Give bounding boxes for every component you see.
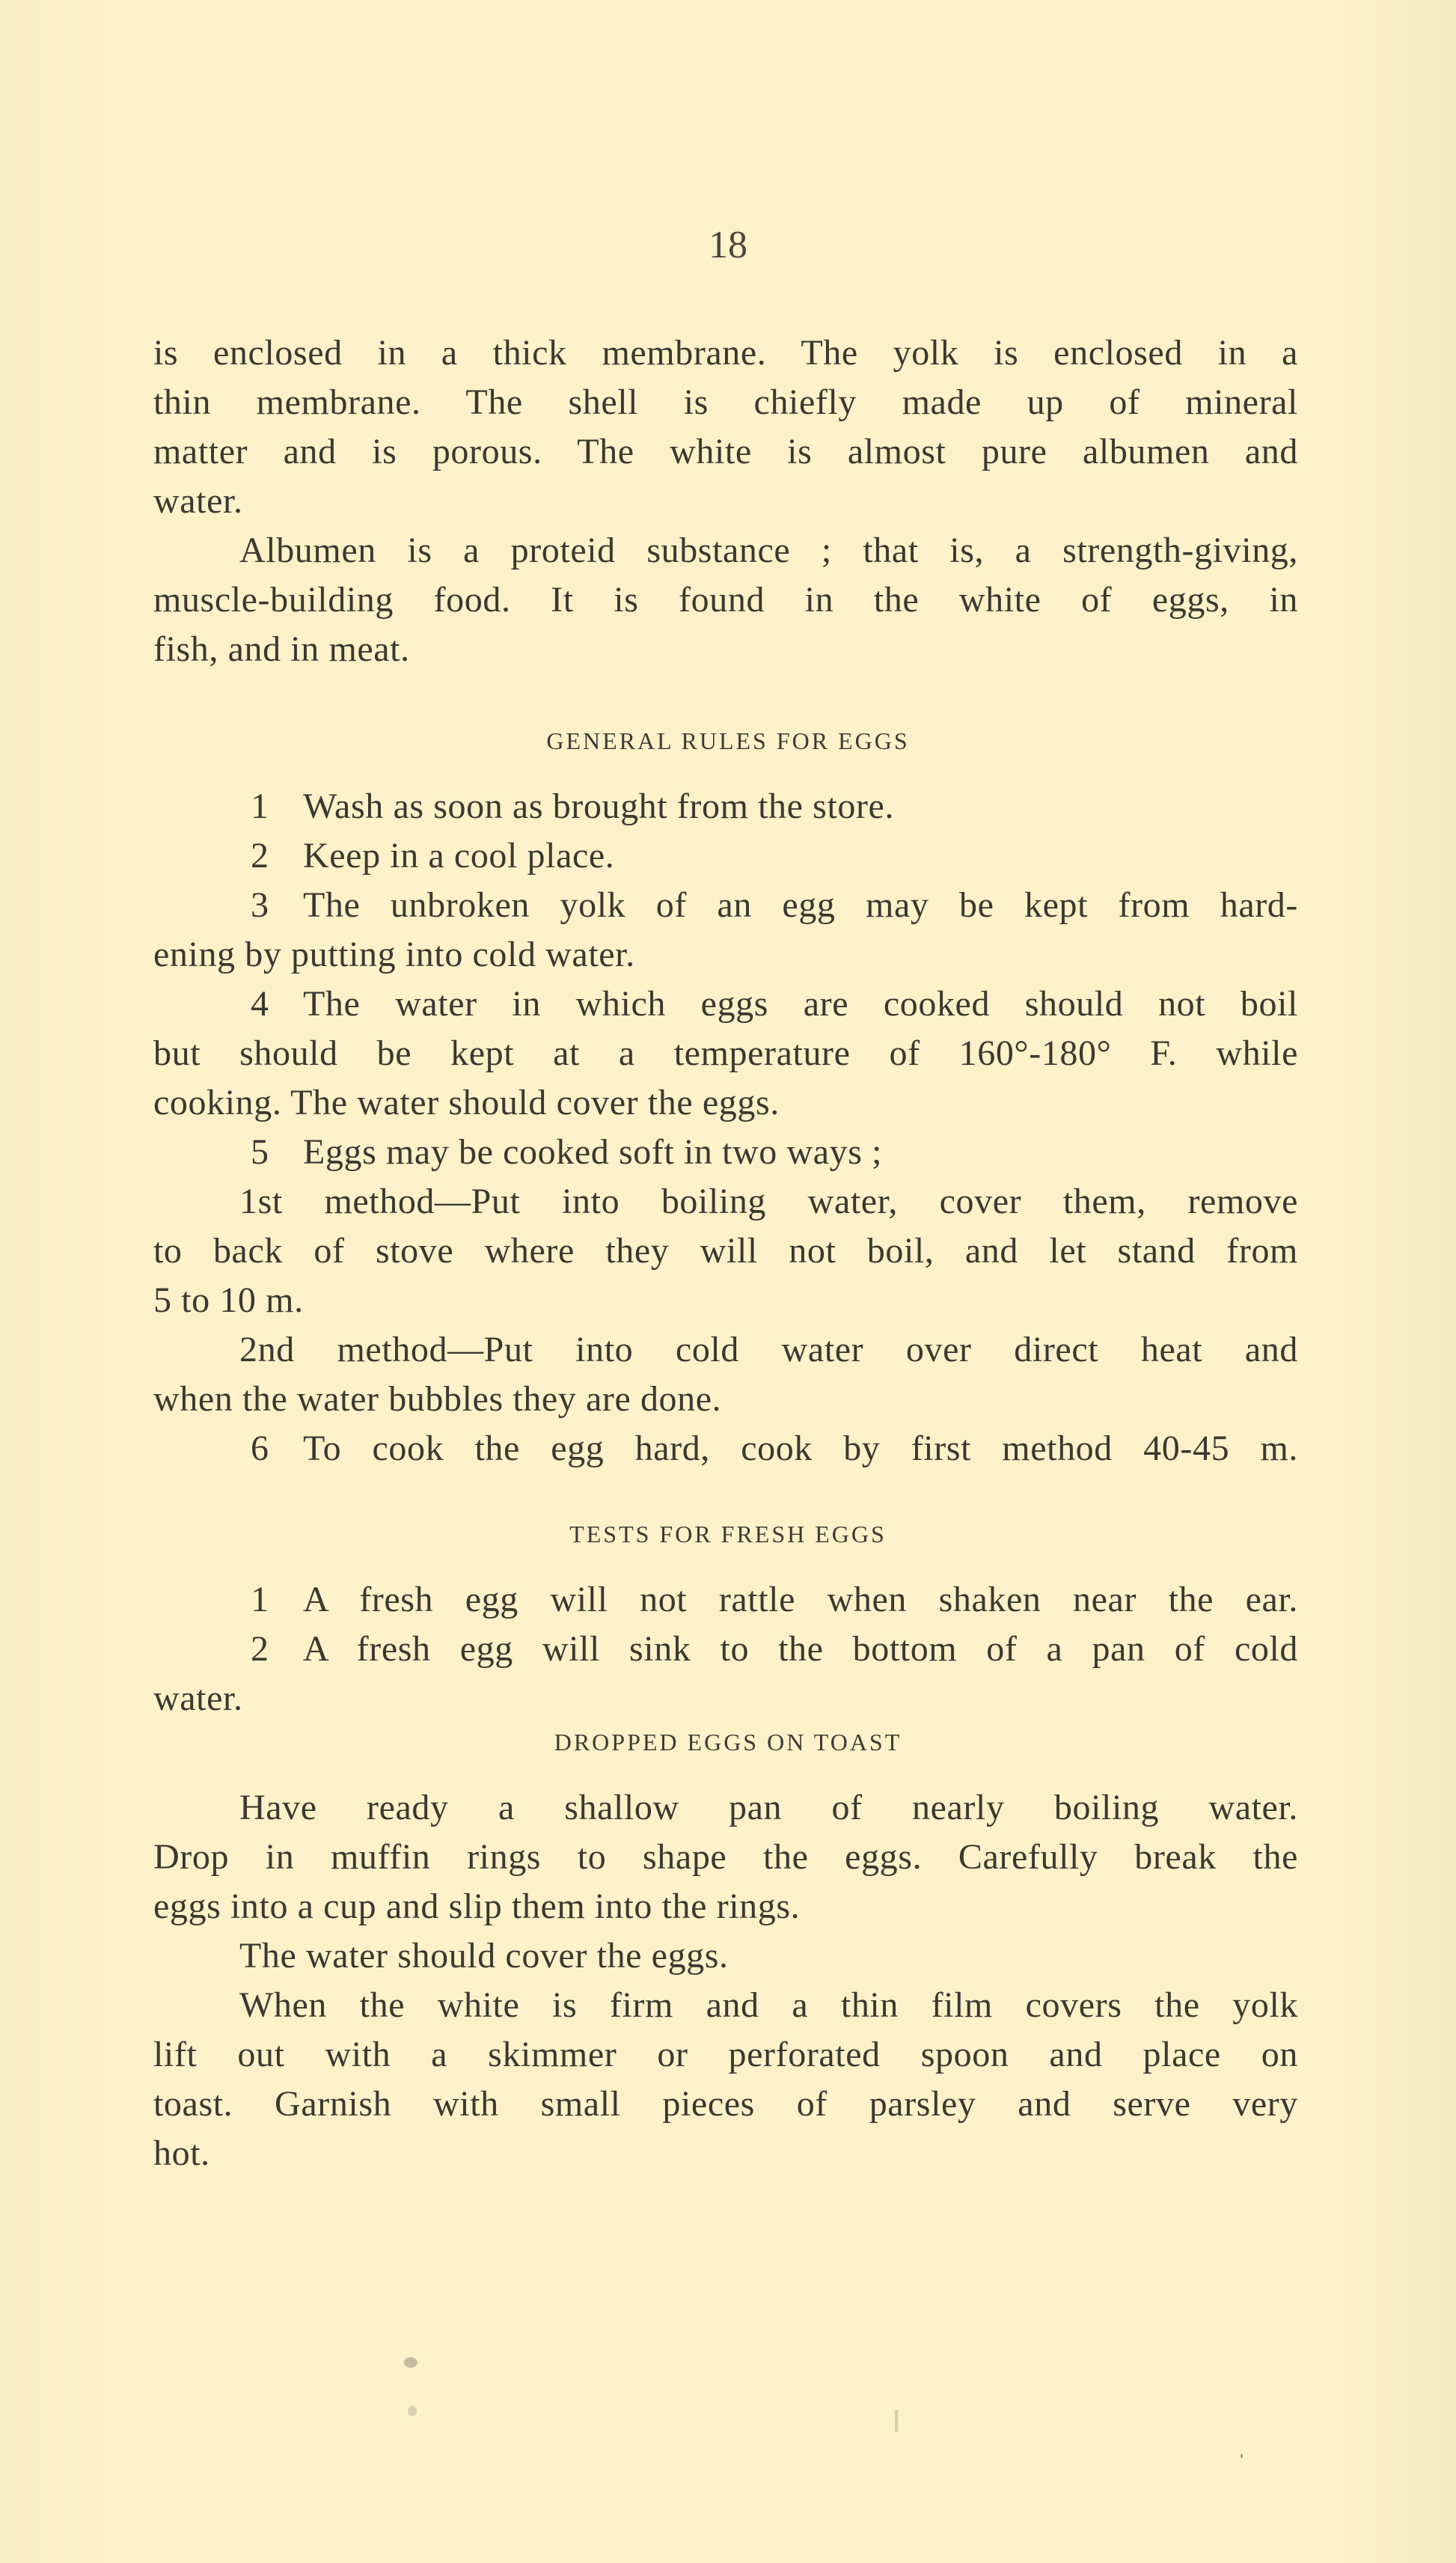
rule-continuation: ening by putting into cold water. xyxy=(153,932,1298,977)
rule-text: The water in which eggs are cooked shoul… xyxy=(303,982,1298,1027)
test-number: 1 xyxy=(251,1577,303,1622)
rule-continuation: cooking. The water should cover the eggs… xyxy=(153,1081,1298,1125)
test-continuation: water. xyxy=(153,1676,1298,1721)
rule-continuation: but should be kept at a temperature of 1… xyxy=(153,1031,1298,1076)
text-line: muscle-building food. It is found in the… xyxy=(153,578,1298,623)
page-number: 18 xyxy=(0,223,1456,268)
rule-number: 2 xyxy=(251,834,303,879)
rule-item: 2Keep in a cool place. xyxy=(251,834,1298,879)
rule-item: 1Wash as soon as brought from the store. xyxy=(251,784,1298,829)
test-text: A fresh egg will sink to the bottom of a… xyxy=(303,1627,1298,1672)
method-2-line: when the water bubbles they are done. xyxy=(153,1377,1298,1422)
rule-item: 6To cook the egg hard, cook by first met… xyxy=(251,1426,1298,1471)
rule-text: Wash as soon as brought from the store. xyxy=(303,784,1298,829)
text-line: water. xyxy=(153,479,1298,524)
text-line: thin membrane. The shell is chiefly made… xyxy=(153,380,1298,425)
rule-number: 3 xyxy=(251,883,303,928)
recipe-line: hot. xyxy=(153,2131,1298,2176)
rule-text: The unbroken yolk of an egg may be kept … xyxy=(303,883,1298,928)
recipe-line: toast. Garnish with small pieces of pars… xyxy=(153,2082,1298,2127)
rule-number: 1 xyxy=(251,784,303,829)
rule-item: 5Eggs may be cooked soft in two ways ; xyxy=(251,1130,1298,1175)
section-heading-dropped-eggs: DROPPED EGGS ON TOAST xyxy=(0,1727,1456,1757)
text-line: fish, and in meat. xyxy=(153,627,1298,672)
rule-text: To cook the egg hard, cook by first meth… xyxy=(303,1426,1298,1471)
method-1-line: 5 to 10 m. xyxy=(153,1278,1298,1323)
paper-speck xyxy=(895,2410,898,2432)
test-item: 1A fresh egg will not rattle when shaken… xyxy=(251,1577,1298,1622)
text-line: Albumen is a proteid substance ; that is… xyxy=(239,528,1298,573)
method-1-line: to back of stove where they will not boi… xyxy=(153,1229,1298,1274)
recipe-line: When the white is firm and a thin film c… xyxy=(239,1983,1298,2028)
test-text: A fresh egg will not rattle when shaken … xyxy=(303,1577,1298,1622)
method-2-line: 2nd method—Put into cold water over dire… xyxy=(239,1328,1298,1372)
rule-item: 3The unbroken yolk of an egg may be kept… xyxy=(251,883,1298,928)
rule-number: 4 xyxy=(251,982,303,1027)
method-1-line: 1st method—Put into boiling water, cover… xyxy=(239,1179,1298,1224)
test-item: 2A fresh egg will sink to the bottom of … xyxy=(251,1627,1298,1672)
rule-number: 5 xyxy=(251,1130,303,1175)
rule-text: Keep in a cool place. xyxy=(303,834,1298,879)
test-number: 2 xyxy=(251,1627,303,1672)
book-page: 18 is enclosed in a thick membrane. The … xyxy=(0,0,1456,2563)
rule-item: 4The water in which eggs are cooked shou… xyxy=(251,982,1298,1027)
recipe-line: Have ready a shallow pan of nearly boili… xyxy=(239,1785,1298,1830)
recipe-line: eggs into a cup and slip them into the r… xyxy=(153,1884,1298,1929)
rule-number: 6 xyxy=(251,1426,303,1471)
section-heading-tests: TESTS FOR FRESH EGGS xyxy=(0,1519,1456,1549)
recipe-line: lift out with a skimmer or perforated sp… xyxy=(153,2032,1298,2077)
recipe-line: Drop in muffin rings to shape the eggs. … xyxy=(153,1835,1298,1880)
text-line: is enclosed in a thick membrane. The yol… xyxy=(153,331,1298,376)
section-heading-general-rules: GENERAL RULES FOR EGGS xyxy=(0,726,1456,756)
paper-speck xyxy=(1241,2454,1243,2458)
rule-text: Eggs may be cooked soft in two ways ; xyxy=(303,1130,1298,1175)
paper-speck xyxy=(408,2406,417,2416)
paper-speck xyxy=(404,2357,417,2368)
recipe-line: The water should cover the eggs. xyxy=(239,1934,1298,1979)
text-line: matter and is porous. The white is almos… xyxy=(153,430,1298,474)
